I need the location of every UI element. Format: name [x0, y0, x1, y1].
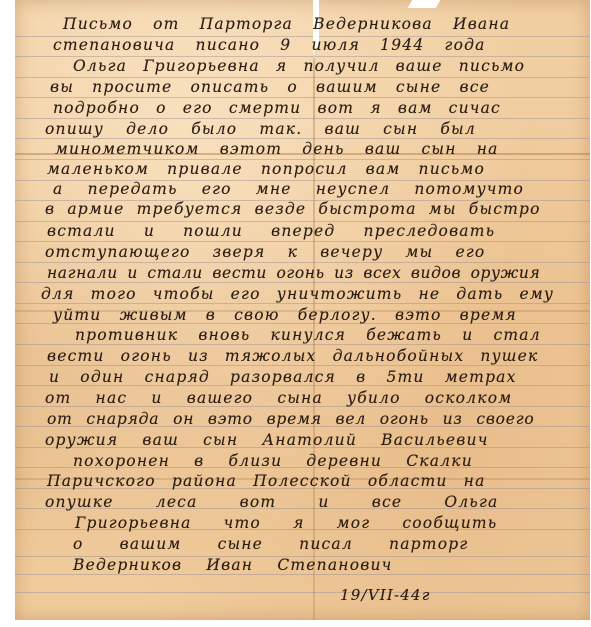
letter-line: для того чтобы его уничтожить не дать ем…: [41, 285, 554, 303]
letter-line: нагнали и стали вести огонь из всех видо…: [47, 264, 540, 282]
letter-line: встали и пошли вперед преследовать: [47, 222, 495, 240]
letter-line: вы просите описать о вашим сыне все: [50, 78, 490, 96]
letter-line: маленьком привале попросил вам письмо: [47, 160, 485, 178]
letter-line: оружия ваш сын Анатолий Васильевич: [45, 431, 489, 449]
letter-line: Письмо от Парторга Ведерникова Ивана: [63, 15, 510, 33]
letter-line: уйти живым в свою берлогу. вэто время: [53, 306, 517, 324]
letter-line: Григорьевна что я мог сообщить: [75, 514, 497, 532]
letter-text: Письмо от Парторга Ведерникова Ивана сте…: [15, 0, 590, 620]
letter-line: степановича писано 9 июля 1944 года: [53, 36, 486, 54]
letter-line: вести огонь из тяжолых дальнобойных пуше…: [47, 347, 538, 365]
letter-paper: Письмо от Парторга Ведерникова Ивана сте…: [15, 0, 590, 620]
letter-line: Ведерников Иван Степанович: [73, 556, 392, 574]
letter-line: от снаряда он вэто время вел огонь из св…: [47, 410, 535, 428]
letter-line: минометчиком вэтот день ваш сын на: [55, 140, 499, 158]
letter-line: опишу дело было так. ваш сын был: [45, 120, 476, 138]
letter-line: Ольга Григорьевна я получил ваше письмо: [73, 57, 525, 75]
letter-line: похоронен в близи деревни Скалки: [73, 452, 473, 470]
letter-line: а передать его мне неуспел потомучто: [53, 180, 524, 198]
letter-line: от нас и вашего сына убило осколком: [45, 389, 512, 407]
letter-line: Паричского района Полесской области на: [47, 472, 486, 490]
letter-line: противник вновь кинулся бежать и стал: [75, 326, 541, 344]
letter-line: и один снаряд разорвался в 5ти метрах: [49, 368, 517, 386]
letter-line: опушке леса вот и все Ольга: [45, 493, 498, 511]
letter-line: отступающего зверя к вечеру мы его: [45, 243, 485, 261]
letter-line: в армие требуется везде быстрота мы быст…: [45, 200, 541, 218]
letter-line: подробно о его смерти вот я вам сичас: [53, 99, 501, 117]
letter-line: о вашим сыне писал парторг: [73, 535, 468, 553]
signature-date: 19/VII-44г: [340, 586, 431, 604]
